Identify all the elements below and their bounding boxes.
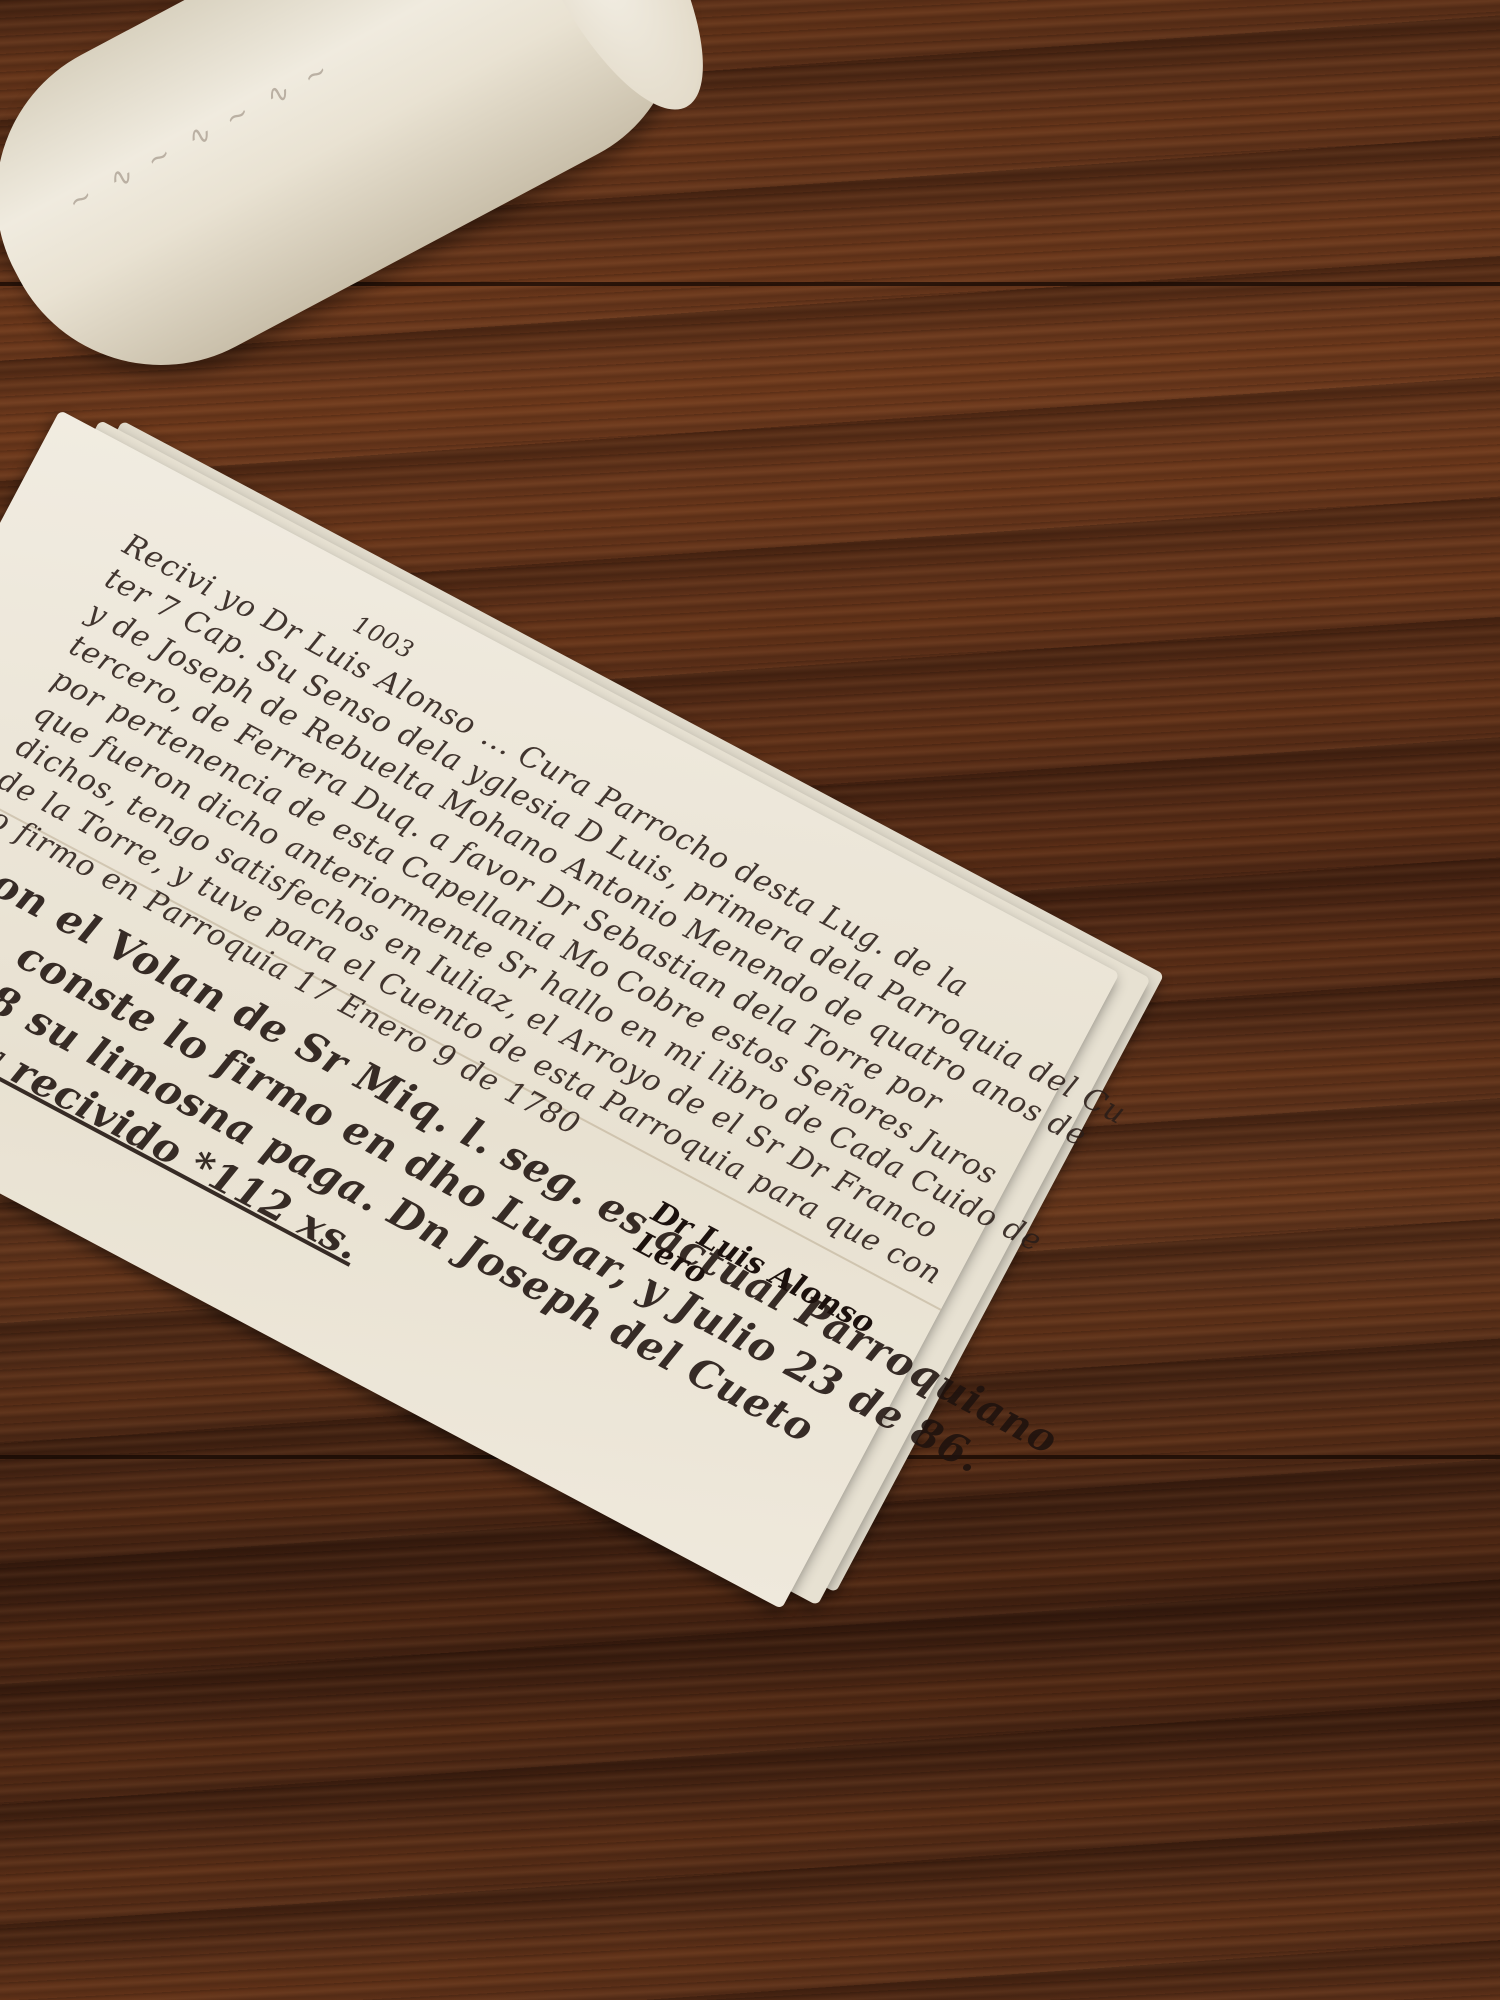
bleed-through-ink: ~ ∿ ~ ∿ ~ ∿ ~ — [62, 51, 339, 219]
